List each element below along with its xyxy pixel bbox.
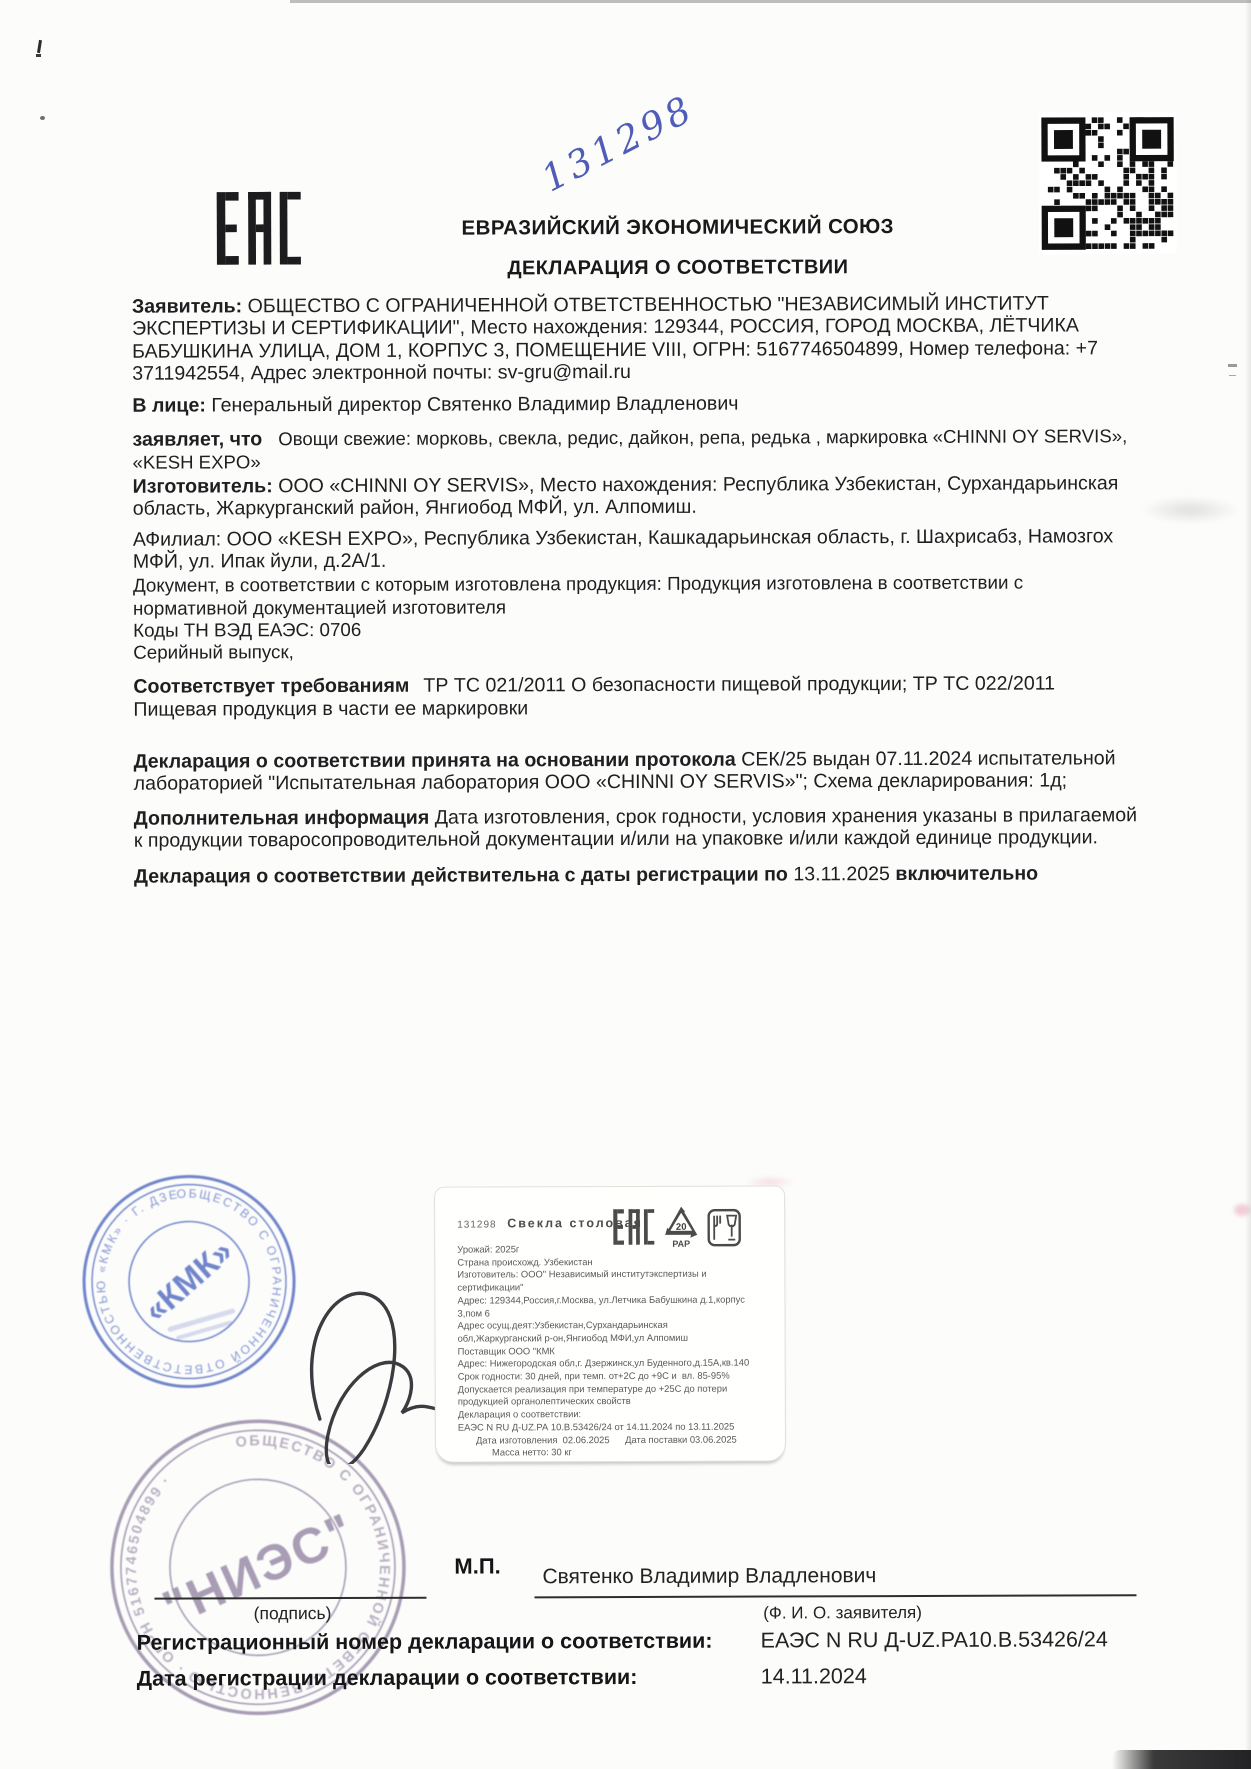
sticker-text-block: Урожай: 2025г Страна происхожд. Узбекист…	[457, 1243, 770, 1460]
sticker-line: Изготовитель: ООО" Независимый институтэ…	[457, 1268, 769, 1282]
signature-caption: (подпись)	[203, 1603, 383, 1625]
reg-number-label: Регистрационный номер декларации о соотв…	[137, 1629, 713, 1656]
reg-date-value: 14.11.2024	[761, 1664, 867, 1689]
product-label-sticker: 131298 Свекла столовая	[434, 1185, 786, 1462]
complies-label: Соответствует требованиям	[133, 675, 409, 698]
recycle-number: 20	[676, 1222, 687, 1233]
validity-paragraph: Декларация о соответствии действительна …	[134, 862, 1138, 888]
person-label: В лице:	[132, 395, 206, 417]
additional-paragraph: Дополнительная информация Дата изготовле…	[134, 804, 1138, 852]
sticker-line: Срок годности: 30 дней, при темп. от+2С …	[458, 1370, 770, 1384]
sticker-line-net-weight: Масса нетто: 30 кг	[458, 1446, 770, 1460]
sticker-line: Допускается реализация при температуре д…	[458, 1382, 770, 1396]
sticker-line: Страна происхожд. Узбекистан	[457, 1255, 769, 1269]
person-text: Генеральный директор Святенко Владимир В…	[206, 393, 739, 417]
validity-date: 13.11.2025	[788, 863, 896, 885]
sticker-line: Поставщик ООО "КМК	[458, 1344, 770, 1358]
sticker-line: Урожай: 2025г	[457, 1243, 769, 1257]
manufacturer-label: Изготовитель:	[133, 475, 273, 497]
validity-label: Декларация о соответствии действительна …	[134, 864, 788, 888]
fio-line	[534, 1594, 1136, 1598]
sticker-line: Декларация о соответствии:	[458, 1408, 770, 1422]
declares-paragraph: заявляет, чтоОвощи свежие: морковь, свек…	[132, 426, 1136, 474]
sticker-line-dates: Дата изготовления 02.06.2025 Дата постав…	[458, 1433, 770, 1447]
complies-paragraph: Соответствует требованиямТР ТС 021/2011 …	[133, 673, 1137, 721]
manufacturer-paragraph: Изготовитель: ООО «CHINNI OY SERVIS», Ме…	[133, 472, 1137, 520]
document-basis-paragraph: Документ, в соответствии с которым изгот…	[133, 571, 1137, 619]
reg-date-label: Дата регистрации декларации о соответств…	[137, 1665, 638, 1692]
sticker-line: Адрес осущ.деят:Узбекистан,Сурхандарьинс…	[458, 1319, 770, 1333]
document-title-union: ЕВРАЗИЙСКИЙ ЭКОНОМИЧЕСКИЙ СОЮЗ	[108, 214, 1248, 242]
serial-paragraph: Серийный выпуск,	[133, 638, 1137, 664]
manufacturer-text: ООО «CHINNI OY SERVIS», Место нахождения…	[133, 472, 1119, 520]
applicant-fio: Святенко Владимир Владленович	[542, 1564, 876, 1589]
reg-number-value: ЕАЭС N RU Д-UZ.РА10.В.53426/24	[761, 1627, 1108, 1653]
mp-mark: М.П.	[454, 1553, 500, 1579]
person-paragraph: В лице: Генеральный директор Святенко Вл…	[132, 391, 1136, 417]
applicant-paragraph: Заявитель: ОБЩЕСТВО С ОГРАНИЧЕННОЙ ОТВЕТ…	[132, 292, 1136, 385]
sticker-line: Адрес: Нижегородская обл,г. Дзержинск,ул…	[458, 1357, 770, 1371]
declares-label: заявляет, что	[132, 429, 262, 451]
sticker-line: обл,Жаркурганский р-он,Янгиобод МФИ,ул А…	[458, 1331, 770, 1345]
sticker-line: сертификации"	[457, 1281, 769, 1295]
basis-paragraph: Декларация о соответствии принята на осн…	[134, 747, 1138, 795]
applicant-text: ОБЩЕСТВО С ОГРАНИЧЕННОЙ ОТВЕТСТВЕННОСТЬЮ…	[132, 293, 1098, 385]
sticker-line: 3,пом 6	[457, 1306, 769, 1320]
declares-text: Овощи свежие: морковь, свекла, редис, да…	[132, 426, 1127, 473]
sticker-number: 131298	[457, 1219, 496, 1230]
basis-label: Декларация о соответствии принята на осн…	[134, 749, 736, 773]
sticker-line: Адрес: 129344,Россия,г.Москва, ул.Летчик…	[457, 1293, 769, 1307]
handwritten-number: 131298	[535, 87, 702, 201]
additional-label: Дополнительная информация	[134, 806, 430, 829]
document-title-declaration: ДЕКЛАРАЦИЯ О СООТВЕТСТВИИ	[108, 255, 1248, 282]
fio-caption: (Ф. И. О. заявителя)	[703, 1603, 983, 1624]
branch-paragraph: АФилиал: ООО «KESH EXPO», Республика Узб…	[133, 525, 1137, 573]
sticker-line: ЕАЭС N RU Д-UZ.РА 10.В.53426/24 от 14.11…	[458, 1420, 770, 1434]
applicant-label: Заявитель:	[132, 295, 242, 317]
scanned-declaration-page: 131298 ЕВРАЗИЙСКИЙ ЭКОНОМИЧЕСКИЙ СОЮЗ ДЕ…	[0, 0, 1251, 1769]
declaration-body: Заявитель: ОБЩЕСТВО С ОГРАНИЧЕННОЙ ОТВЕТ…	[132, 292, 1138, 888]
validity-tail: включительно	[895, 863, 1038, 885]
sticker-line: продукцией органолептических свойств	[458, 1395, 770, 1409]
